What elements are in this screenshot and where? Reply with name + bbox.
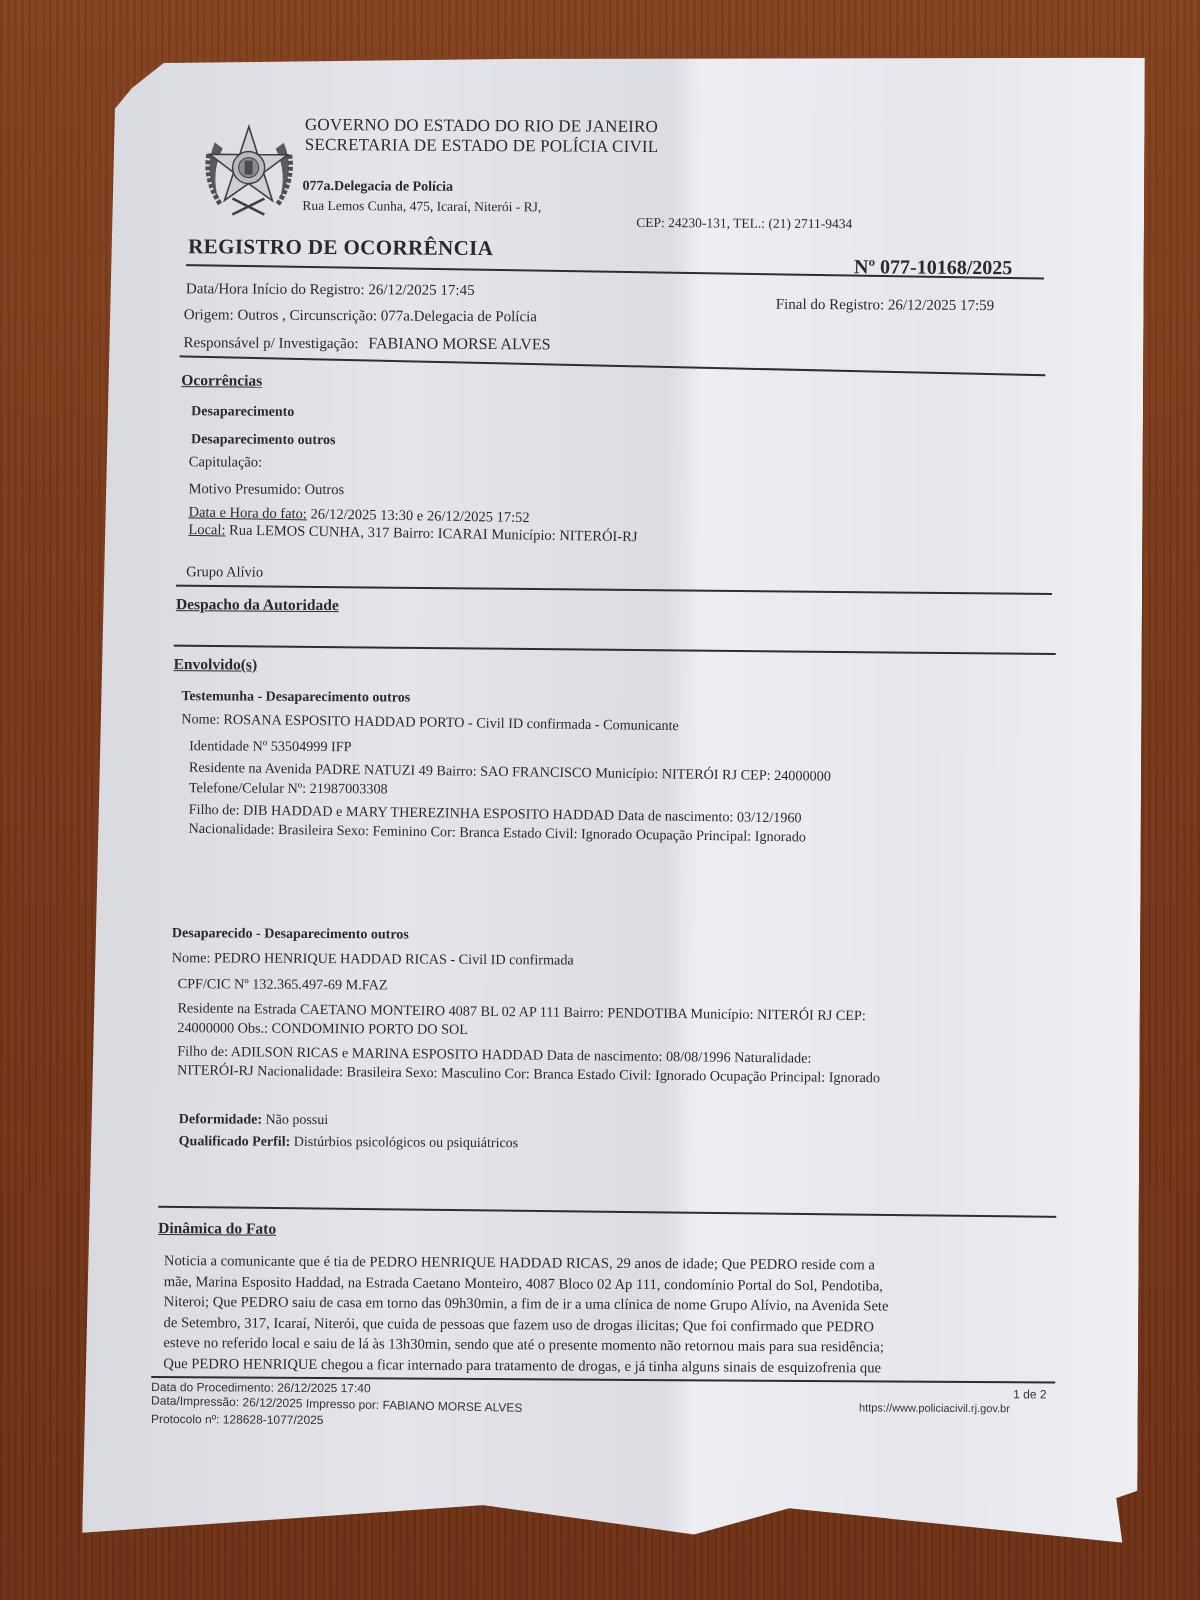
responsible-field: Responsável p/ Investigação: FABIANO MOR… [184,334,551,354]
fact-datetime-value: 26/12/2025 13:30 e 26/12/2025 17:52 [307,506,530,526]
profile-label: Qualificado Perfil: [179,1134,291,1150]
divider [180,355,1046,376]
location-label: Local: [188,522,225,539]
location-field: Local: Rua LEMOS CUNHA, 317 Bairro: ICAR… [188,522,637,546]
procedure-date: Data do Procedimento: 26/12/2025 17:40 [151,1380,371,1395]
protocol-number: Protocolo nº: 128628-1077/2025 [151,1412,324,1427]
document-title: REGISTRO DE OCORRÊNCIA [188,234,493,261]
website-link[interactable]: https://www.policiacivil.rj.gov.br [859,1402,1010,1415]
responsible-name: FABIANO MORSE ALVES [368,335,550,353]
department-name: 077a.Delegacia de Polícia [302,179,453,196]
capitulacao-field: Capitulação: [189,454,262,471]
witness-name: Nome: ROSANA ESPOSITO HADDAD PORTO - Civ… [181,711,679,735]
divider [176,585,1052,595]
place-name: Grupo Alívio [186,564,263,581]
location-value: Rua LEMOS CUNHA, 317 Bairro: ICARAI Muni… [225,522,637,545]
missing-person-role: Desaparecido - Desaparecimento outros [172,926,409,943]
page-indicator: 1 de 2 [1013,1387,1046,1401]
section-heading-envolvidos: Envolvido(s) [174,656,258,675]
witness-id: Identidade Nº 53504999 IFP [189,738,352,756]
divider [158,1206,1056,1218]
profile-value: Distúrbios psicológicos ou psiquiátricos [290,1135,518,1151]
deformity-label: Deformidade: [179,1112,262,1128]
divider [174,645,1056,655]
fact-datetime-label: Data e Hora do fato: [188,504,307,522]
deformity-field: Deformidade: Não possui [179,1112,328,1129]
section-heading-despacho: Despacho da Autoridade [176,596,339,615]
section-heading-ocorrencias: Ocorrências [181,372,262,390]
occurrence-subtype: Desaparecimento outros [191,432,336,449]
responsible-label: Responsável p/ Investigação: [184,335,359,352]
origin-field: Origem: Outros , Circunscrição: 077a.Del… [184,307,537,326]
section-heading-dinamica: Dinâmica do Fato [158,1220,276,1239]
registration-end: Final do Registro: 26/12/2025 17:59 [776,297,994,315]
department-contact: CEP: 24230-131, TEL.: (21) 2711-9434 [636,215,852,232]
profile-field: Qualificado Perfil: Distúrbios psicológi… [179,1134,519,1152]
occurrence-type: Desaparecimento [191,404,294,421]
police-report-document: GOVERNO DO ESTADO DO RIO DE JANEIRO SECR… [147,108,1075,1444]
fact-narrative: Noticia a comunicante que é tia de PEDRO… [163,1251,1054,1379]
police-star-crest-icon [196,120,302,221]
registration-start: Data/Hora Início do Registro: 26/12/2025… [186,281,475,300]
motive-field: Motivo Presumido: Outros [189,481,345,499]
missing-person-cpf: CPF/CIC Nº 132.365.497-69 M.FAZ [178,976,388,994]
department-address: Rua Lemos Cunha, 475, Icaraí, Niterói - … [302,198,541,215]
missing-person-residence-obs: 24000000 Obs.: CONDOMINIO PORTO DO SOL [177,1020,468,1039]
witness-phone: Telefone/Celular Nº: 21987003308 [189,780,388,798]
missing-person-name: Nome: PEDRO HENRIQUE HADDAD RICAS - Civi… [172,950,574,969]
witness-role: Testemunha - Desaparecimento outros [181,689,410,706]
government-name: GOVERNO DO ESTADO DO RIO DE JANEIRO [305,115,658,137]
narrative-line: Que PEDRO HENRIQUE chegou a ficar intern… [163,1354,1053,1380]
deformity-value: Não possui [262,1113,328,1128]
secretariat-name: SECRETARIA DE ESTADO DE POLÍCIA CIVIL [305,135,659,157]
